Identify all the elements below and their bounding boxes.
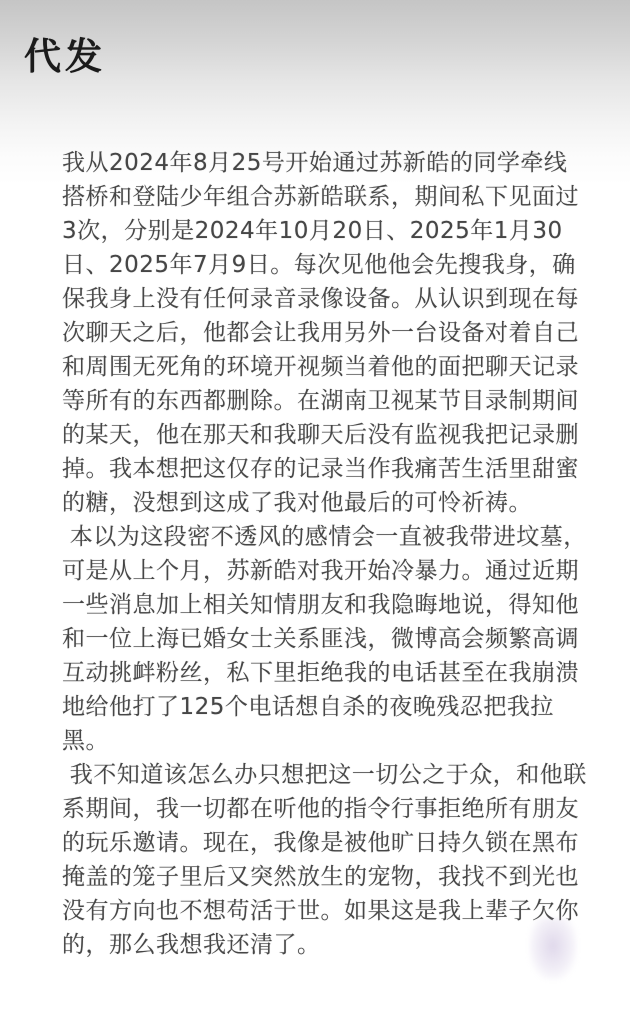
text-line: 地给他打了125个电话想自杀的夜晚残忍把我拉: [62, 690, 577, 724]
text-line: 互动挑衅粉丝，私下里拒绝我的电话甚至在我崩溃: [62, 656, 577, 690]
text-line: 掩盖的笼子里后又突然放生的宠物，我找不到光也: [62, 860, 577, 894]
text-line: 次聊天之后，他都会让我用另外一台设备对着自己: [62, 316, 577, 350]
text-line: 搭桥和登陆少年组合苏新皓联系，期间私下见面过: [62, 180, 577, 214]
text-line: 的，那么我想我还清了。: [62, 928, 577, 962]
text-line: 的玩乐邀请。现在，我像是被他旷日持久锁在黑布: [62, 826, 577, 860]
text-line: 的某天，他在那天和我聊天后没有监视我把记录删: [62, 418, 577, 452]
text-line: 我不知道该怎么办只想把这一切公之于众，和他联: [62, 758, 577, 792]
text-line: 我从2024年8月25号开始通过苏新皓的同学牵线: [62, 146, 577, 180]
text-line: 系期间，我一切都在听他的指令行事拒绝所有朋友: [62, 792, 577, 826]
text-line: 保我身上没有任何录音录像设备。从认识到现在每: [62, 282, 577, 316]
text-line: 和周围无死角的环境开视频当着他的面把聊天记录: [62, 350, 577, 384]
text-line: 一些消息加上相关知情朋友和我隐晦地说，得知他: [62, 588, 577, 622]
text-line: 黑。: [62, 724, 577, 758]
text-line: 等所有的东西都删除。在湖南卫视某节目录制期间: [62, 384, 577, 418]
text-line: 3次，分别是2024年10月20日、2025年1月30: [62, 214, 577, 248]
text-line: 本以为这段密不透风的感情会一直被我带进坟墓，: [62, 520, 577, 554]
page-title: 代发: [24, 26, 106, 80]
text-line: 和一位上海已婚女士关系匪浅，微博高会频繁高调: [62, 622, 577, 656]
text-line: 掉。我本想把这仅存的记录当作我痛苦生活里甜蜜: [62, 452, 577, 486]
text-line: 日、2025年7月9日。每次见他他会先搜我身，确: [62, 248, 577, 282]
text-line: 的糖，没想到这成了我对他最后的可怜祈祷。: [62, 486, 577, 520]
document-body: 我从2024年8月25号开始通过苏新皓的同学牵线 搭桥和登陆少年组合苏新皓联系，…: [62, 146, 577, 962]
text-line: 可是从上个月，苏新皓对我开始冷暴力。通过近期: [62, 554, 577, 588]
text-line: 没有方向也不想苟活于世。如果这是我上辈子欠你: [62, 894, 577, 928]
